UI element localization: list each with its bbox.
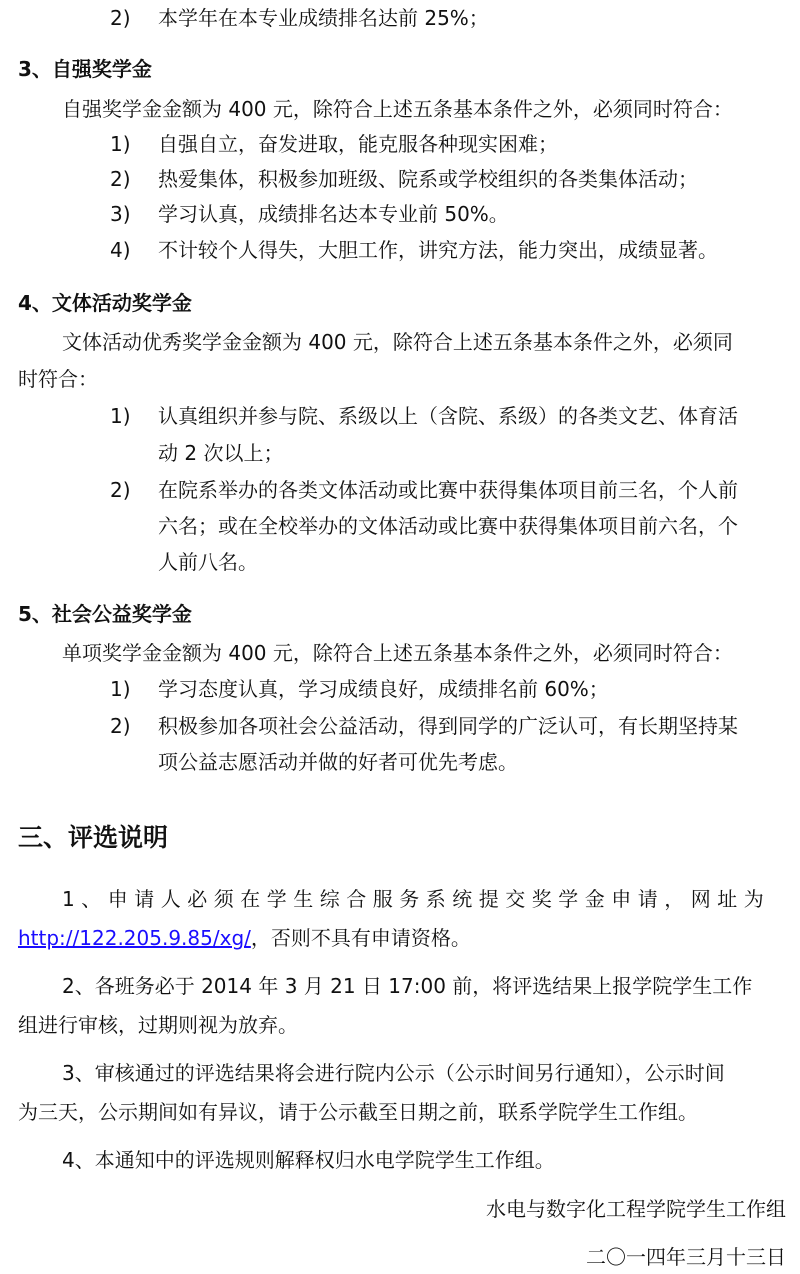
list-item: 2)在院系举办的各类文体活动或比赛中获得集体项目前三名，个人前 bbox=[110, 477, 738, 503]
section-intro: 文体活动优秀奖学金金额为 400 元，除符合上述五条基本条件之外，必须同 bbox=[62, 329, 733, 355]
section-heading-3: 3、自强奖学金 bbox=[18, 56, 152, 82]
application-url-link[interactable]: http://122.205.9.85/xg/ bbox=[18, 926, 251, 950]
evaluation-heading: 三、评选说明 bbox=[18, 822, 168, 854]
paragraph-1: 1、申请人必须在学生综合服务系统提交奖学金申请，网址为 bbox=[62, 886, 770, 912]
paragraph-2-cont: 组进行审核，过期则视为放弃。 bbox=[18, 1012, 298, 1038]
list-item: 3)学习认真，成绩排名达本专业前 50%。 bbox=[110, 201, 509, 227]
list-item: 4)不计较个人得失，大胆工作，讲究方法，能力突出，成绩显著。 bbox=[110, 237, 718, 263]
paragraph-3-cont: 为三天，公示期间如有异议，请于公示截至日期之前，联系学院学生工作组。 bbox=[18, 1099, 698, 1125]
signature-org: 水电与数字化工程学院学生工作组 bbox=[486, 1196, 786, 1222]
section-heading-4: 4、文体活动奖学金 bbox=[18, 290, 192, 316]
list-item: 2)本学年在本专业成绩排名达前 25%； bbox=[110, 5, 489, 31]
paragraph-3: 3、审核通过的评选结果将会进行院内公示（公示时间另行通知），公示时间 bbox=[62, 1060, 725, 1086]
list-item-cont: 六名；或在全校举办的文体活动或比赛中获得集体项目前六名，个 bbox=[158, 513, 738, 539]
signature-date: 二〇一四年三月十三日 bbox=[586, 1244, 786, 1270]
list-item-cont: 人前八名。 bbox=[158, 549, 258, 575]
list-item: 1)自强自立，奋发进取，能克服各种现实困难； bbox=[110, 131, 558, 157]
list-item: 1)认真组织并参与院、系级以上（含院、系级）的各类文艺、体育活 bbox=[110, 403, 738, 429]
section-intro-cont: 时符合： bbox=[18, 366, 98, 392]
item-number: 2) bbox=[110, 5, 158, 31]
list-item: 2)积极参加各项社会公益活动，得到同学的广泛认可，有长期坚持某 bbox=[110, 713, 738, 739]
section-heading-5: 5、社会公益奖学金 bbox=[18, 601, 192, 627]
paragraph-2: 2、各班务必于 2014 年 3 月 21 日 17:00 前，将评选结果上报学… bbox=[62, 973, 752, 999]
list-item-cont: 项公益志愿活动并做的好者可优先考虑。 bbox=[158, 749, 518, 775]
paragraph-1-cont: http://122.205.9.85/xg/，否则不具有申请资格。 bbox=[18, 925, 471, 951]
section-intro: 自强奖学金金额为 400 元，除符合上述五条基本条件之外，必须同时符合： bbox=[62, 96, 733, 122]
paragraph-4: 4、本通知中的评选规则解释权归水电学院学生工作组。 bbox=[62, 1147, 555, 1173]
list-item-cont: 动 2 次以上； bbox=[158, 440, 283, 466]
section-intro: 单项奖学金金额为 400 元，除符合上述五条基本条件之外，必须同时符合： bbox=[62, 640, 733, 666]
list-item: 1)学习态度认真，学习成绩良好，成绩排名前 60%； bbox=[110, 676, 609, 702]
list-item: 2)热爱集体，积极参加班级、院系或学校组织的各类集体活动； bbox=[110, 166, 698, 192]
